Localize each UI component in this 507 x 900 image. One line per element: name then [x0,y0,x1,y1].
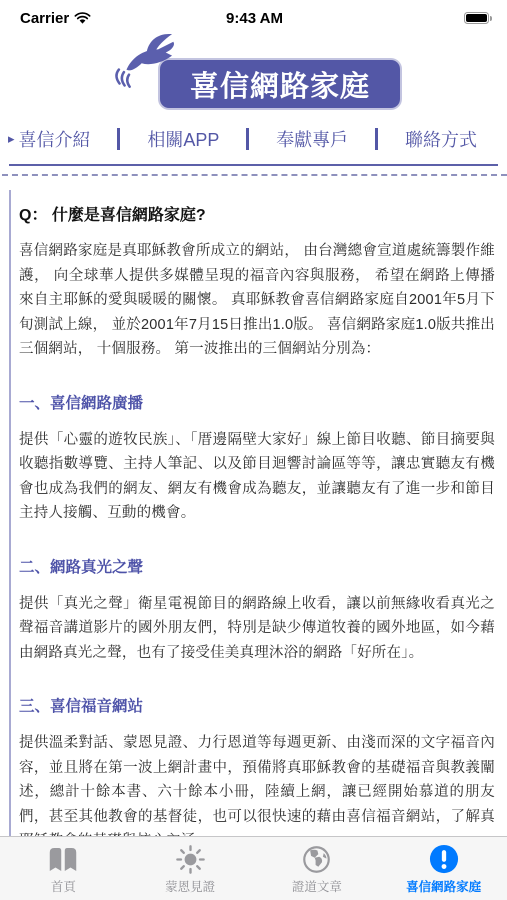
nav-item-label: 奉獻專戶 [276,126,348,152]
nav-item-apps[interactable]: 相關APP [147,126,219,152]
nav-item-donation[interactable]: 奉獻專戶 [276,126,348,152]
wifi-icon [74,12,91,25]
tab-testimonies[interactable]: 蒙恩見證 [127,837,254,900]
book-icon [48,844,78,874]
globe-icon [302,844,332,874]
tab-bar: 首頁 蒙恩見證 [0,836,507,900]
active-arrow-icon: ▸ [8,131,15,147]
exclamation-circle-icon [429,844,459,874]
section-heading-1: 一、喜信網路廣播 [19,391,495,413]
tab-label: 首頁 [51,877,76,895]
nav-divider [375,128,378,150]
nav-item-intro[interactable]: ▸ 喜信介紹 [8,126,91,152]
tab-joyfamily-active[interactable]: 喜信網路家庭 [380,837,507,900]
tab-label: 蒙恩見證 [165,877,215,895]
intro-paragraph: 喜信網路家庭是真耶穌教會所成立的網站， 由台灣總會宣道處統籌製作維護， 向全球華… [19,239,495,362]
battery-full-icon [464,12,489,24]
nav-tabs: ▸ 喜信介紹 相關APP 奉獻專戶 聯絡方式 [8,126,477,152]
carrier-label: Carrier [20,10,69,27]
tab-home[interactable]: 首頁 [0,837,127,900]
nav-item-label: 喜信介紹 [19,126,91,152]
app-title: 喜信網路家庭 [160,60,400,108]
divider-dashed [2,174,507,176]
divider-solid [9,164,498,166]
article-content: Q： 什麼是喜信網路家庭? 喜信網路家庭是真耶穌教會所成立的網站， 由台灣總會宣… [9,190,497,860]
tab-sermons[interactable]: 證道文章 [254,837,381,900]
sun-icon [175,844,205,874]
app-screen: Carrier 9:43 AM 喜信網路 [0,0,507,900]
section-body-1: 提供「心靈的遊牧民族」、「厝邊隔壁大家好」線上節目收聽、節目摘要與收聽指數導覽、… [19,428,495,526]
tab-label: 證道文章 [292,877,342,895]
header: 喜信網路家庭 [0,28,507,114]
nav-item-label: 相關APP [147,126,219,152]
question-heading: Q： 什麼是喜信網路家庭? [19,202,495,225]
tab-label: 喜信網路家庭 [406,877,481,895]
section-heading-2: 二、網路真光之聲 [19,555,495,577]
section-heading-3: 三、喜信福音網站 [19,694,495,716]
section-body-2: 提供「真光之聲」衛星電視節目的網路線上收看，讓以前無緣收看真光之聲福音講道影片的… [19,592,495,666]
status-time: 9:43 AM [120,10,389,27]
nav-item-label: 聯絡方式 [405,126,477,152]
nav-divider [246,128,249,150]
nav-item-contact[interactable]: 聯絡方式 [405,126,477,152]
nav-divider [117,128,120,150]
